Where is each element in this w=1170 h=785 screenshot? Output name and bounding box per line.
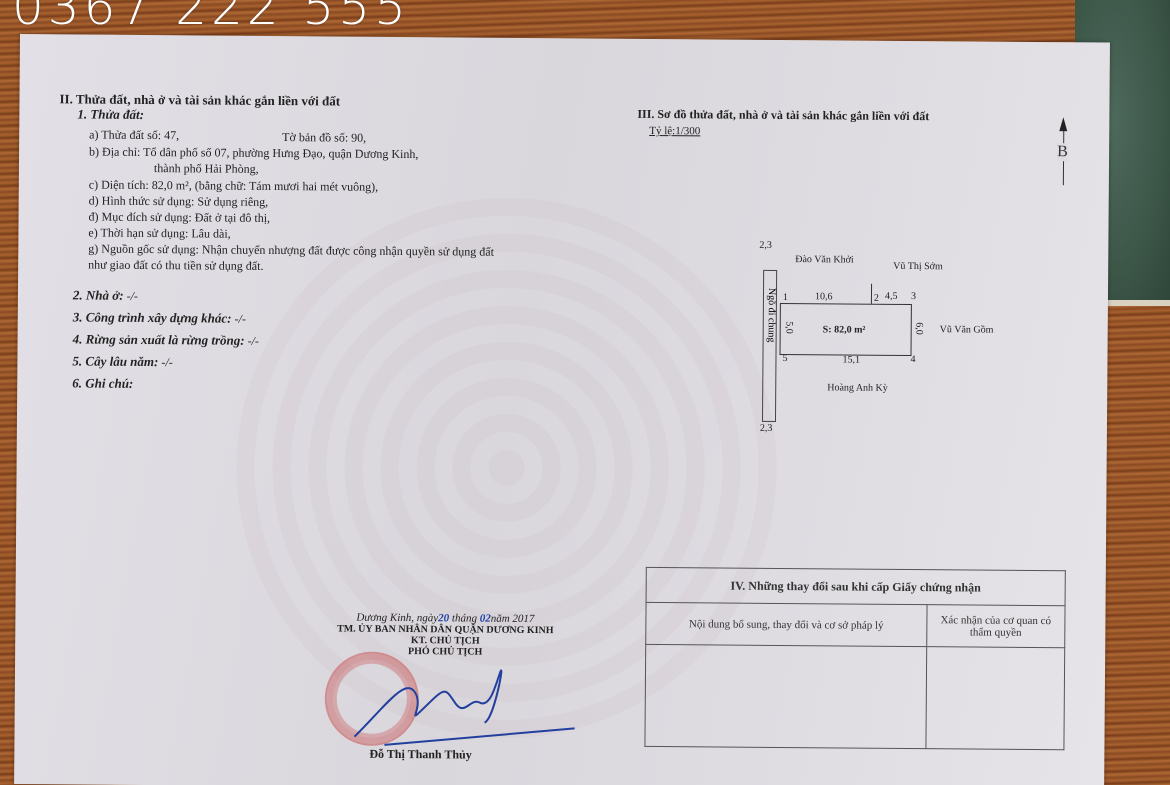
house-item: 2. Nhà ở: -/- <box>73 287 138 304</box>
perennial-tree-item: 5. Cây lâu năm: -/- <box>72 353 172 370</box>
parcel-diagram: 2,3 Ngõ đi chung 2,3 Đào Văn Khởi Vũ Thị… <box>752 240 1054 442</box>
neighbor-north-left: Đào Văn Khởi <box>795 254 854 265</box>
neighbor-south: Hoàng Anh Kỳ <box>827 382 888 393</box>
col-content-header: Nội dung bổ sung, thay đổi và cơ sở pháp… <box>646 602 927 646</box>
changes-table-title: IV. Những thay đổi sau khi cấp Giấy chứn… <box>646 567 1065 605</box>
map-sheet-number: Tờ bản đồ số: 90, <box>282 130 366 146</box>
parcel-area-label: S: 82,0 m² <box>823 324 866 335</box>
signature-block: Dương Kinh, ngày20 tháng 02năm 2017 TM. … <box>315 611 575 658</box>
usage-purpose: đ) Mục đích sử dụng: Đất ở tại đô thị, <box>89 210 271 226</box>
address: b) Địa chỉ: Tổ dân phố số 07, phường Hưn… <box>89 145 418 163</box>
north-arrow: B <box>1054 117 1075 187</box>
area: c) Diện tích: 82,0 m², (bằng chữ: Tám mư… <box>89 178 378 195</box>
changes-table: IV. Những thay đổi sau khi cấp Giấy chứn… <box>644 567 1065 750</box>
usage-form: d) Hình thức sử dụng: Sử dụng riêng, <box>89 194 269 210</box>
usage-origin-cont: như giao đất có thu tiền sử dụng đất. <box>88 258 263 274</box>
map-scale: Tỷ lệ:1/300 <box>649 125 700 137</box>
parcel-number: a) Thửa đất số: 47, <box>89 128 179 144</box>
signer-name: Đỗ Thị Thanh Thủy <box>369 747 472 763</box>
neighbor-east: Vũ Văn Gồm <box>940 324 994 335</box>
certificate-page: II. Thửa đất, nhà ở và tài sản khác gắn … <box>14 34 1110 785</box>
notes-item: 6. Ghi chú: <box>72 375 133 391</box>
neighbor-north-right: Vũ Thị Sớm <box>893 261 943 272</box>
section2-sub1: 1. Thửa đất: <box>77 106 144 123</box>
usage-origin: g) Nguồn gốc sử dụng: Nhận chuyển nhượng… <box>88 242 494 260</box>
col-confirmation-header: Xác nhận của cơ quan có thẩm quyền <box>926 605 1065 648</box>
handwritten-signature-icon <box>344 667 585 749</box>
lane-label: Ngõ đi chung <box>766 288 777 343</box>
changes-content-cell <box>645 644 927 748</box>
usage-term: e) Thời hạn sử dụng: Lâu dài, <box>88 226 230 242</box>
forest-item: 4. Rừng sản xuất là rừng trồng: -/- <box>73 331 259 348</box>
address-city: thành phố Hải Phòng, <box>154 161 259 177</box>
arrow-up-icon <box>1059 117 1067 131</box>
phone-watermark: 0367 222 555 <box>12 0 410 36</box>
changes-confirm-cell <box>926 647 1065 750</box>
other-construction-item: 3. Công trình xây dựng khác: -/- <box>73 309 246 326</box>
section3-title: III. Sơ đồ thửa đất, nhà ở và tài sản kh… <box>637 107 929 124</box>
